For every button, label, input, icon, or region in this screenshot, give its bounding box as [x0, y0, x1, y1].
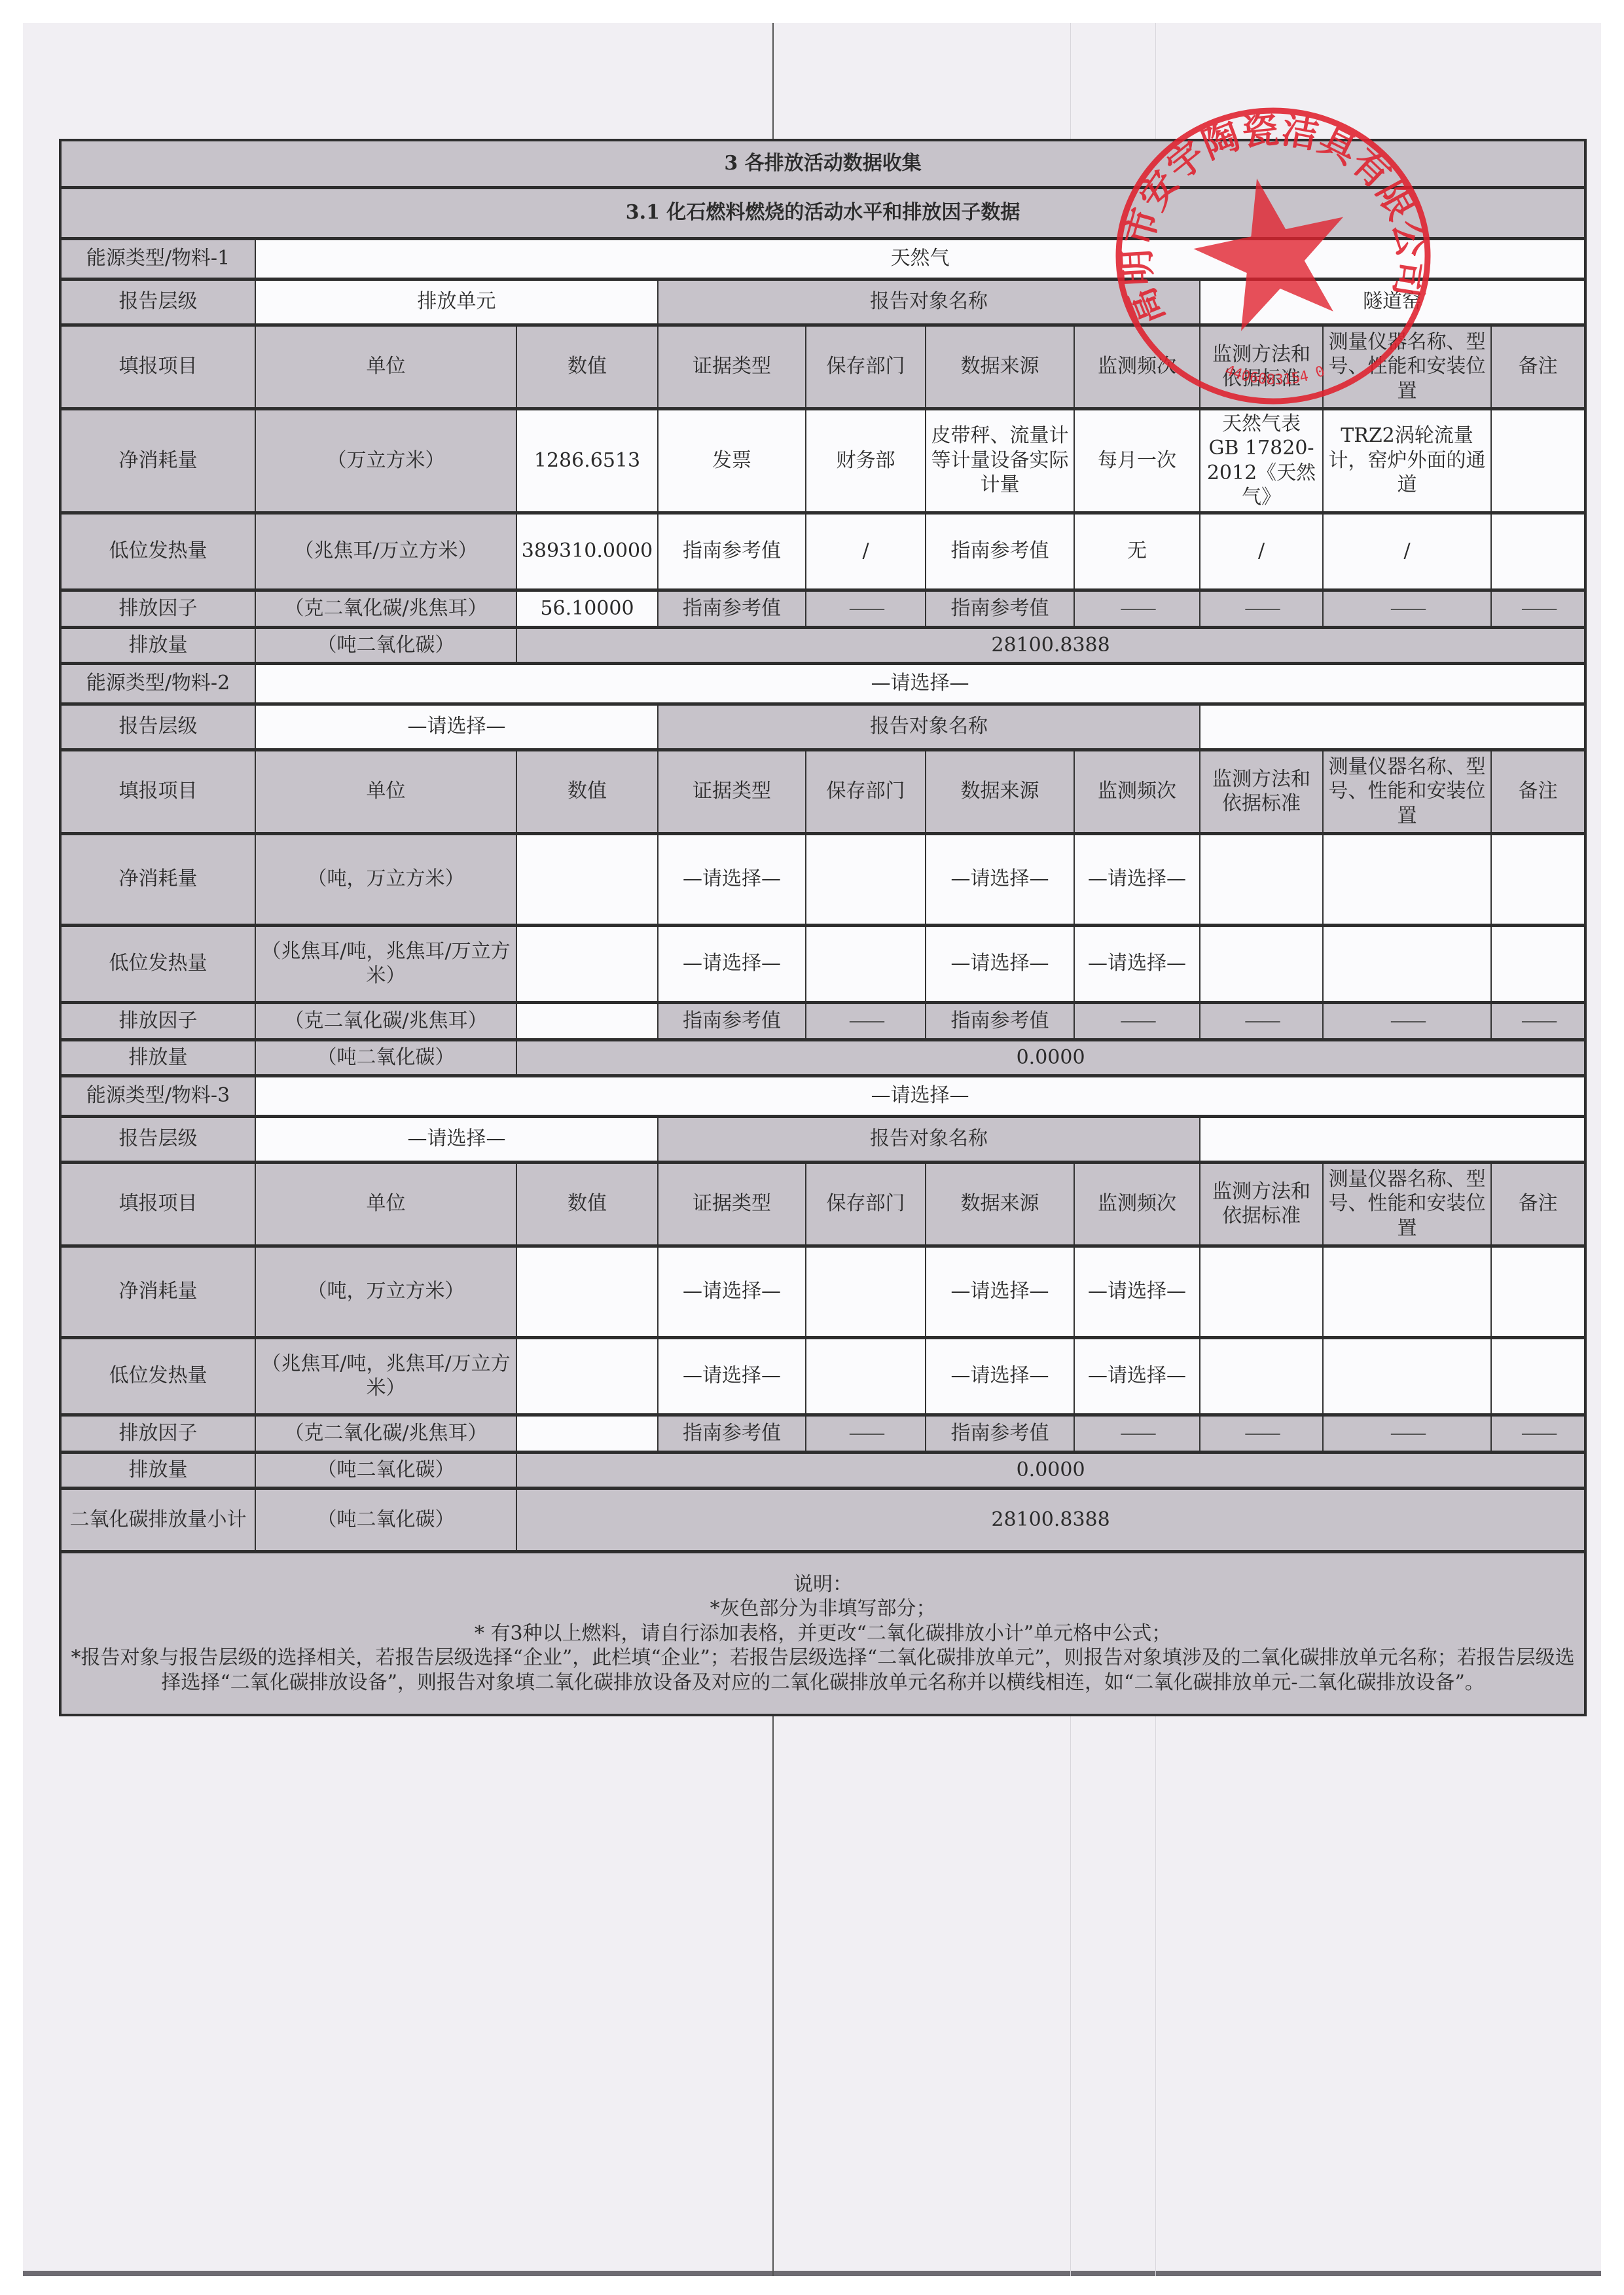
note-line: *报告对象与报告层级的选择相关，若报告层级选择“企业”，此栏填“企业”；若报告层…: [65, 1646, 1580, 1695]
table-row: 能源类型/物料-1天然气: [60, 238, 1585, 279]
column-header-dept: 保存部门: [806, 1162, 926, 1246]
column-header-evidence: 证据类型: [658, 1162, 806, 1246]
ncv-frequency-cell[interactable]: —请选择—: [1074, 1337, 1200, 1415]
net-consumption-remark-cell[interactable]: [1491, 408, 1585, 513]
table-row: 报告层级—请选择—报告对象名称: [60, 1116, 1585, 1162]
column-header-method: 监测方法和依据标准: [1200, 325, 1323, 408]
column-header-frequency: 监测频次: [1074, 1162, 1200, 1246]
ncv-evidence-cell[interactable]: —请选择—: [658, 1337, 806, 1415]
emission-factor-frequency-cell: ——: [1074, 1002, 1200, 1039]
table-row: 排放量（吨二氧化碳）0.0000: [60, 1452, 1585, 1488]
energy-type-label: 能源类型/物料-3: [60, 1075, 255, 1116]
emission-unit: （吨二氧化碳）: [255, 1452, 516, 1488]
ncv-source-cell[interactable]: —请选择—: [926, 925, 1074, 1002]
column-header-value: 数值: [516, 1162, 658, 1246]
emission-factor-unit-cell: （克二氧化碳/兆焦耳）: [255, 1415, 516, 1452]
ncv-remark-cell[interactable]: [1491, 925, 1585, 1002]
section-title: 3 各排放活动数据收集: [60, 140, 1585, 187]
net-consumption-method-cell[interactable]: 天然气表 GB 17820-2012《天然气》: [1200, 408, 1323, 513]
net-consumption-method-cell[interactable]: [1200, 833, 1323, 925]
column-header-evidence: 证据类型: [658, 325, 806, 408]
column-header-instrument: 测量仪器名称、型号、性能和安装位置: [1323, 325, 1491, 408]
table-row: 报告层级排放单元报告对象名称隧道窑: [60, 279, 1585, 325]
column-header-instrument: 测量仪器名称、型号、性能和安装位置: [1323, 1162, 1491, 1246]
energy-type-select[interactable]: 天然气: [255, 238, 1585, 279]
row-label-emission-factor: 排放因子: [60, 590, 255, 627]
net-consumption-remark-cell[interactable]: [1491, 1246, 1585, 1337]
column-header-dept: 保存部门: [806, 750, 926, 833]
net-consumption-instrument-cell[interactable]: [1323, 1246, 1491, 1337]
note-line: * 有3种以上燃料，请自行添加表格，并更改“二氧化碳排放小计”单元格中公式；: [65, 1621, 1580, 1646]
emission-factor-evidence-cell: 指南参考值: [658, 1002, 806, 1039]
net-consumption-evidence-cell[interactable]: —请选择—: [658, 1246, 806, 1337]
ncv-unit-cell: （兆焦耳/吨，兆焦耳/万立方米）: [255, 1337, 516, 1415]
column-header-dept: 保存部门: [806, 325, 926, 408]
report-level-select[interactable]: —请选择—: [255, 1116, 658, 1162]
ncv-source-cell[interactable]: —请选择—: [926, 1337, 1074, 1415]
row-label-net-consumption: 净消耗量: [60, 1246, 255, 1337]
column-header-remark: 备注: [1491, 325, 1585, 408]
table-row: 排放量（吨二氧化碳）0.0000: [60, 1039, 1585, 1075]
net-consumption-value-cell[interactable]: 1286.6513: [516, 408, 658, 513]
ncv-instrument-cell[interactable]: /: [1323, 513, 1491, 590]
net-consumption-frequency-cell[interactable]: —请选择—: [1074, 833, 1200, 925]
emission-factor-dept-cell: ——: [806, 590, 926, 627]
column-header-unit: 单位: [255, 325, 516, 408]
column-header-value: 数值: [516, 325, 658, 408]
ncv-method-cell[interactable]: /: [1200, 513, 1323, 590]
table-row: 净消耗量（万立方米）1286.6513发票财务部皮带秤、流量计等计量设备实际计量…: [60, 408, 1585, 513]
ncv-dept-cell[interactable]: [806, 925, 926, 1002]
emission-factor-method-cell: ——: [1200, 1415, 1323, 1452]
table-row: 排放量（吨二氧化碳）28100.8388: [60, 627, 1585, 663]
net-consumption-remark-cell[interactable]: [1491, 833, 1585, 925]
net-consumption-unit-cell: （万立方米）: [255, 408, 516, 513]
table-row: 能源类型/物料-2—请选择—: [60, 663, 1585, 704]
column-header-source: 数据来源: [926, 750, 1074, 833]
emission-value: 0.0000: [516, 1039, 1585, 1075]
row-label-ncv: 低位发热量: [60, 513, 255, 590]
row-label-emission: 排放量: [60, 1452, 255, 1488]
energy-type-label: 能源类型/物料-2: [60, 663, 255, 704]
net-consumption-instrument-cell[interactable]: TRZ2涡轮流量计，窑炉外面的通道: [1323, 408, 1491, 513]
note-line: *灰色部分为非填写部分；: [65, 1597, 1580, 1621]
ncv-frequency-cell[interactable]: —请选择—: [1074, 925, 1200, 1002]
column-header-unit: 单位: [255, 1162, 516, 1246]
table-row: 报告层级—请选择—报告对象名称: [60, 704, 1585, 750]
report-level-label: 报告层级: [60, 1116, 255, 1162]
report-object-field[interactable]: [1200, 1116, 1585, 1162]
emission-factor-remark-cell: ——: [1491, 1415, 1585, 1452]
row-label-emission-factor: 排放因子: [60, 1415, 255, 1452]
net-consumption-value-cell[interactable]: [516, 1246, 658, 1337]
energy-type-select[interactable]: —请选择—: [255, 1075, 1585, 1116]
net-consumption-evidence-cell[interactable]: —请选择—: [658, 833, 806, 925]
row-label-net-consumption: 净消耗量: [60, 833, 255, 925]
column-header-value: 数值: [516, 750, 658, 833]
column-header-method: 监测方法和依据标准: [1200, 1162, 1323, 1246]
table-row: 二氧化碳排放量小计（吨二氧化碳）28100.8388: [60, 1488, 1585, 1551]
emission-factor-dept-cell: ——: [806, 1002, 926, 1039]
ncv-method-cell[interactable]: [1200, 925, 1323, 1002]
emission-factor-unit-cell: （克二氧化碳/兆焦耳）: [255, 590, 516, 627]
emission-value: 0.0000: [516, 1452, 1585, 1488]
emission-factor-remark-cell: ——: [1491, 590, 1585, 627]
report-object-field[interactable]: [1200, 704, 1585, 750]
net-consumption-instrument-cell[interactable]: [1323, 833, 1491, 925]
ncv-dept-cell[interactable]: /: [806, 513, 926, 590]
ncv-unit-cell: （兆焦耳/万立方米）: [255, 513, 516, 590]
table-row: 净消耗量（吨，万立方米）—请选择——请选择——请选择—: [60, 1246, 1585, 1337]
net-consumption-source-cell[interactable]: —请选择—: [926, 833, 1074, 925]
column-header-frequency: 监测频次: [1074, 750, 1200, 833]
table-row: 说明：*灰色部分为非填写部分；* 有3种以上燃料，请自行添加表格，并更改“二氧化…: [60, 1551, 1585, 1715]
column-header-instrument: 测量仪器名称、型号、性能和安装位置: [1323, 750, 1491, 833]
emission-factor-value-cell[interactable]: 56.10000: [516, 590, 658, 627]
report-object-label: 报告对象名称: [658, 1116, 1200, 1162]
column-header-item: 填报项目: [60, 1162, 255, 1246]
column-header-evidence: 证据类型: [658, 750, 806, 833]
ncv-unit-cell: （兆焦耳/吨，兆焦耳/万立方米）: [255, 925, 516, 1002]
table-row: 排放因子（克二氧化碳/兆焦耳）56.10000指南参考值——指南参考值—————…: [60, 590, 1585, 627]
row-label-emission-factor: 排放因子: [60, 1002, 255, 1039]
notes-block: 说明：*灰色部分为非填写部分；* 有3种以上燃料，请自行添加表格，并更改“二氧化…: [60, 1551, 1585, 1715]
row-label-emission: 排放量: [60, 1039, 255, 1075]
emission-factor-method-cell: ——: [1200, 590, 1323, 627]
net-consumption-dept-cell[interactable]: [806, 1246, 926, 1337]
ncv-dept-cell[interactable]: [806, 1337, 926, 1415]
table-row: 低位发热量（兆焦耳/万立方米）389310.0000指南参考值/指南参考值无//: [60, 513, 1585, 590]
report-object-field[interactable]: 隧道窑: [1200, 279, 1585, 325]
column-header-remark: 备注: [1491, 750, 1585, 833]
table-row: 净消耗量（吨，万立方米）—请选择——请选择——请选择—: [60, 833, 1585, 925]
emission-factor-source-cell: 指南参考值: [926, 1002, 1074, 1039]
emission-factor-instrument-cell: ——: [1323, 590, 1491, 627]
net-consumption-dept-cell[interactable]: [806, 833, 926, 925]
column-header-source: 数据来源: [926, 1162, 1074, 1246]
emission-factor-instrument-cell: ——: [1323, 1415, 1491, 1452]
table-row: 填报项目单位数值证据类型保存部门数据来源监测频次监测方法和依据标准测量仪器名称、…: [60, 325, 1585, 408]
energy-type-label: 能源类型/物料-1: [60, 238, 255, 279]
row-label-ncv: 低位发热量: [60, 925, 255, 1002]
ncv-value-cell[interactable]: 389310.0000: [516, 513, 658, 590]
emission-factor-remark-cell: ——: [1491, 1002, 1585, 1039]
table-row: 排放因子（克二氧化碳/兆焦耳）指南参考值——指南参考值————————: [60, 1415, 1585, 1452]
report-level-label: 报告层级: [60, 704, 255, 750]
column-header-source: 数据来源: [926, 325, 1074, 408]
table-row: 填报项目单位数值证据类型保存部门数据来源监测频次监测方法和依据标准测量仪器名称、…: [60, 1162, 1585, 1246]
table-row: 低位发热量（兆焦耳/吨，兆焦耳/万立方米）—请选择——请选择——请选择—: [60, 1337, 1585, 1415]
row-label-emission: 排放量: [60, 627, 255, 663]
ncv-evidence-cell[interactable]: —请选择—: [658, 925, 806, 1002]
net-consumption-dept-cell[interactable]: 财务部: [806, 408, 926, 513]
net-consumption-frequency-cell[interactable]: —请选择—: [1074, 1246, 1200, 1337]
emission-unit: （吨二氧化碳）: [255, 627, 516, 663]
emission-factor-source-cell: 指南参考值: [926, 590, 1074, 627]
report-object-label: 报告对象名称: [658, 279, 1200, 325]
net-consumption-unit-cell: （吨，万立方米）: [255, 1246, 516, 1337]
note-line: 说明：: [65, 1572, 1580, 1597]
column-header-frequency: 监测频次: [1074, 325, 1200, 408]
row-label-ncv: 低位发热量: [60, 1337, 255, 1415]
table-row: 能源类型/物料-3—请选择—: [60, 1075, 1585, 1116]
emission-unit: （吨二氧化碳）: [255, 1039, 516, 1075]
ncv-remark-cell[interactable]: [1491, 1337, 1585, 1415]
section-subtitle: 3.1 化石燃料燃烧的活动水平和排放因子数据: [60, 187, 1585, 238]
emission-factor-method-cell: ——: [1200, 1002, 1323, 1039]
net-consumption-frequency-cell[interactable]: 每月一次: [1074, 408, 1200, 513]
ncv-method-cell[interactable]: [1200, 1337, 1323, 1415]
emission-factor-source-cell: 指南参考值: [926, 1415, 1074, 1452]
column-header-remark: 备注: [1491, 1162, 1585, 1246]
emission-factor-evidence-cell: 指南参考值: [658, 590, 806, 627]
report-level-label: 报告层级: [60, 279, 255, 325]
emission-factor-frequency-cell: ——: [1074, 1415, 1200, 1452]
emission-factor-frequency-cell: ——: [1074, 590, 1200, 627]
ncv-source-cell[interactable]: 指南参考值: [926, 513, 1074, 590]
emission-factor-evidence-cell: 指南参考值: [658, 1415, 806, 1452]
column-header-method: 监测方法和依据标准: [1200, 750, 1323, 833]
ncv-remark-cell[interactable]: [1491, 513, 1585, 590]
column-header-item: 填报项目: [60, 325, 255, 408]
ncv-value-cell[interactable]: [516, 1337, 658, 1415]
row-label-net-consumption: 净消耗量: [60, 408, 255, 513]
ncv-instrument-cell[interactable]: [1323, 1337, 1491, 1415]
report-object-label: 报告对象名称: [658, 704, 1200, 750]
net-consumption-method-cell[interactable]: [1200, 1246, 1323, 1337]
energy-type-select[interactable]: —请选择—: [255, 663, 1585, 704]
net-consumption-source-cell[interactable]: 皮带秤、流量计等计量设备实际计量: [926, 408, 1074, 513]
net-consumption-unit-cell: （吨，万立方米）: [255, 833, 516, 925]
ncv-frequency-cell[interactable]: 无: [1074, 513, 1200, 590]
column-header-item: 填报项目: [60, 750, 255, 833]
ncv-instrument-cell[interactable]: [1323, 925, 1491, 1002]
emission-factor-dept-cell: ——: [806, 1415, 926, 1452]
emission-factor-instrument-cell: ——: [1323, 1002, 1491, 1039]
report-level-select[interactable]: —请选择—: [255, 704, 658, 750]
emission-factor-unit-cell: （克二氧化碳/兆焦耳）: [255, 1002, 516, 1039]
emission-factor-value-cell[interactable]: [516, 1415, 658, 1452]
table-row: 填报项目单位数值证据类型保存部门数据来源监测频次监测方法和依据标准测量仪器名称、…: [60, 750, 1585, 833]
net-consumption-value-cell[interactable]: [516, 833, 658, 925]
column-header-unit: 单位: [255, 750, 516, 833]
report-level-select[interactable]: 排放单元: [255, 279, 658, 325]
subtotal-label: 二氧化碳排放量小计: [60, 1488, 255, 1551]
fossil-fuel-emission-form: 3 各排放活动数据收集 3.1 化石燃料燃烧的活动水平和排放因子数据 能源类型/…: [59, 139, 1587, 1716]
subtotal-value: 28100.8388: [516, 1488, 1585, 1551]
emission-factor-value-cell[interactable]: [516, 1002, 658, 1039]
ncv-evidence-cell[interactable]: 指南参考值: [658, 513, 806, 590]
net-consumption-evidence-cell[interactable]: 发票: [658, 408, 806, 513]
net-consumption-source-cell[interactable]: —请选择—: [926, 1246, 1074, 1337]
ncv-value-cell[interactable]: [516, 925, 658, 1002]
table-row: 排放因子（克二氧化碳/兆焦耳）指南参考值——指南参考值————————: [60, 1002, 1585, 1039]
emission-value: 28100.8388: [516, 627, 1585, 663]
table-row: 低位发热量（兆焦耳/吨，兆焦耳/万立方米）—请选择——请选择——请选择—: [60, 925, 1585, 1002]
subtotal-unit: （吨二氧化碳）: [255, 1488, 516, 1551]
